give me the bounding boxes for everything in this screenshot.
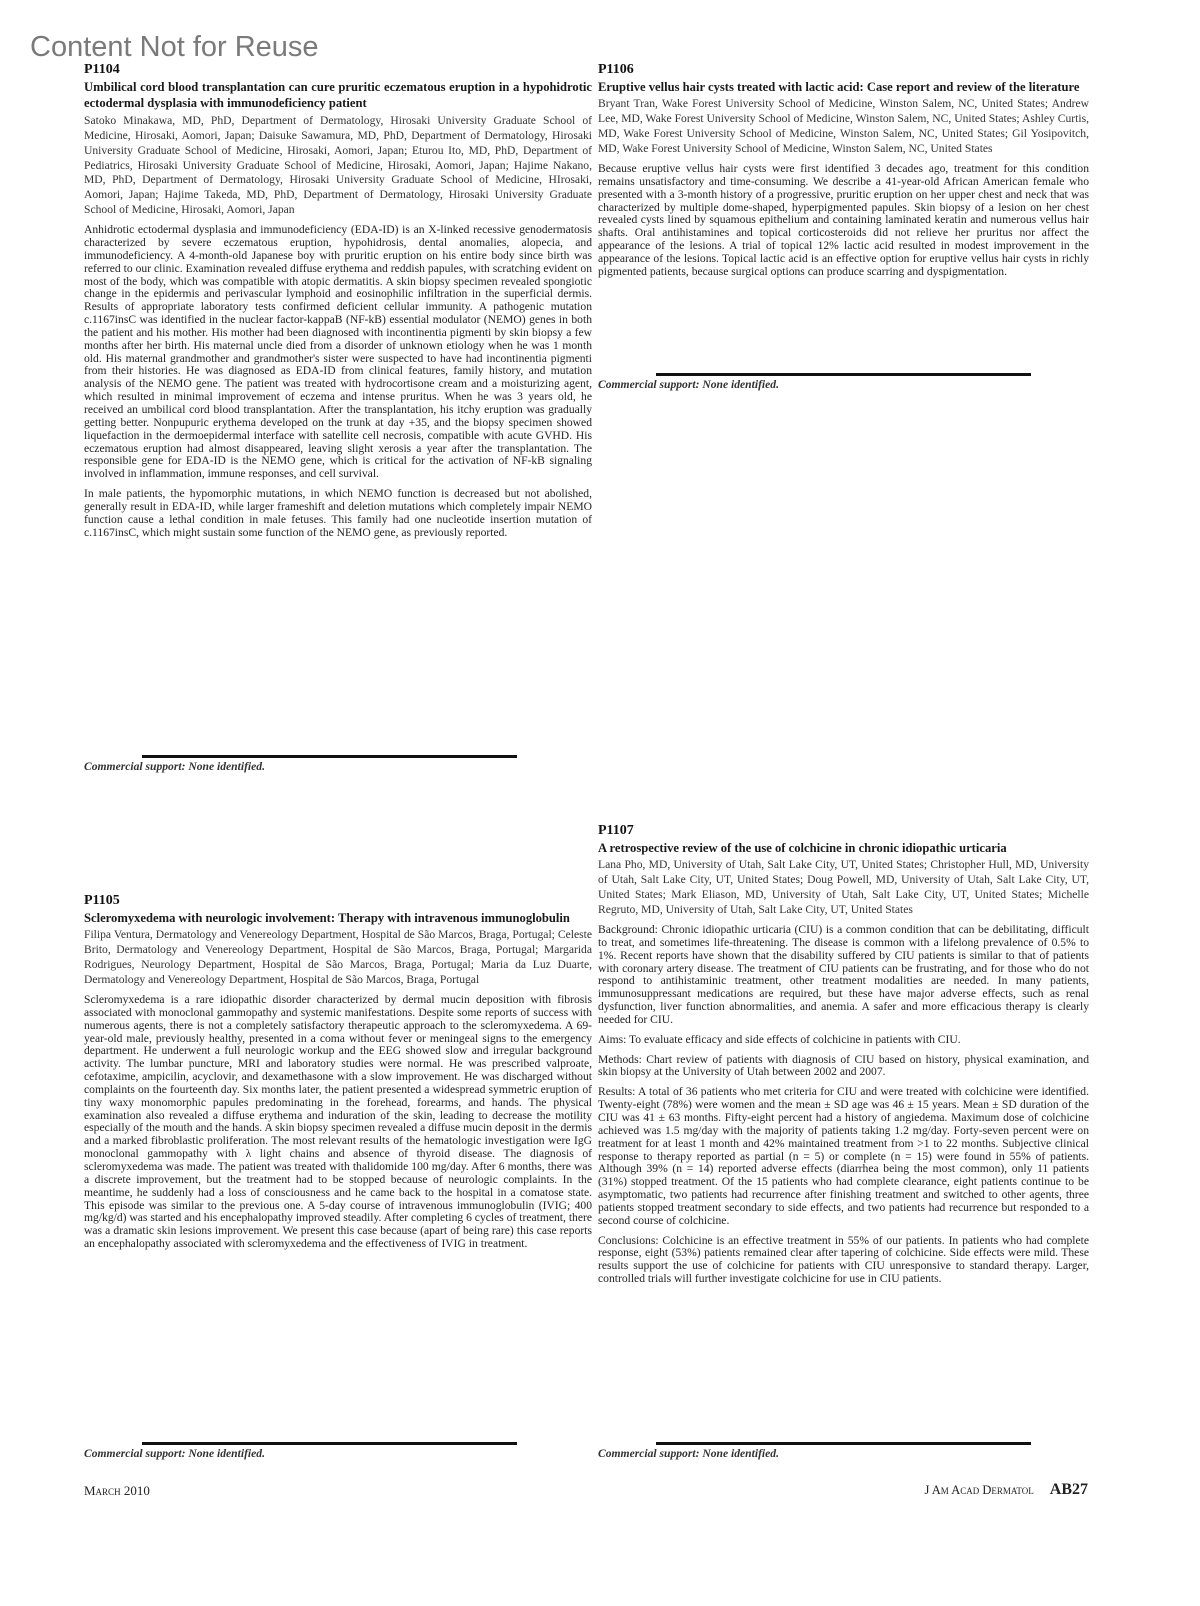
abstract-authors: Filipa Ventura, Dermatology and Venereol… <box>84 928 592 988</box>
abstract-authors: Bryant Tran, Wake Forest University Scho… <box>598 97 1089 157</box>
abstract-paragraph: Scleromyxedema is a rare idiopathic diso… <box>84 994 592 1251</box>
abstract-title: A retrospective review of the use of col… <box>598 840 1089 856</box>
footer-page-number: AB27 <box>1050 1481 1088 1499</box>
abstract-paragraph: Methods: Chart review of patients with d… <box>598 1054 1089 1080</box>
abstract-paragraph: Results: A total of 36 patients who met … <box>598 1086 1089 1227</box>
abstract-id: P1106 <box>598 62 1089 78</box>
abstract-title: Umbilical cord blood transplantation can… <box>84 79 592 112</box>
section-divider <box>142 755 517 758</box>
footer-date: March 2010 <box>84 1483 150 1499</box>
abstract-authors: Lana Pho, MD, University of Utah, Salt L… <box>598 858 1089 918</box>
abstract-authors: Satoko Minakawa, MD, PhD, Department of … <box>84 114 592 218</box>
abstract-paragraph: In male patients, the hypomorphic mutati… <box>84 488 592 539</box>
section-divider <box>656 373 1031 376</box>
section-divider <box>656 1442 1031 1445</box>
abstract-paragraph: Aims: To evaluate efficacy and side effe… <box>598 1034 1089 1047</box>
abstract-paragraph: Conclusions: Colchicine is an effective … <box>598 1235 1089 1286</box>
footer-journal-info: J Am Acad Dermatol AB27 <box>924 1481 1088 1499</box>
commercial-support-note: Commercial support: None identified. <box>84 760 265 774</box>
abstract-title: Scleromyxedema with neurologic involveme… <box>84 910 592 926</box>
footer-journal-name: J Am Acad Dermatol <box>924 1483 1033 1498</box>
abstract-title: Eruptive vellus hair cysts treated with … <box>598 79 1089 95</box>
abstract-paragraph: Anhidrotic ectodermal dysplasia and immu… <box>84 224 592 481</box>
abstract-p1107: P1107 A retrospective review of the use … <box>598 823 1089 1293</box>
abstract-paragraph: Because eruptive vellus hair cysts were … <box>598 163 1089 279</box>
commercial-support-note: Commercial support: None identified. <box>84 1447 265 1461</box>
commercial-support-note: Commercial support: None identified. <box>598 378 779 392</box>
abstract-id: P1107 <box>598 823 1089 839</box>
abstract-id: P1104 <box>84 62 592 78</box>
abstract-paragraph: Background: Chronic idiopathic urticaria… <box>598 924 1089 1027</box>
watermark-text: Content Not for Reuse <box>30 30 319 64</box>
section-divider <box>142 1442 517 1445</box>
abstract-p1106: P1106 Eruptive vellus hair cysts treated… <box>598 62 1089 286</box>
abstract-id: P1105 <box>84 893 592 909</box>
abstract-p1105: P1105 Scleromyxedema with neurologic inv… <box>84 893 592 1258</box>
commercial-support-note: Commercial support: None identified. <box>598 1447 779 1461</box>
abstract-p1104: P1104 Umbilical cord blood transplantati… <box>84 62 592 546</box>
